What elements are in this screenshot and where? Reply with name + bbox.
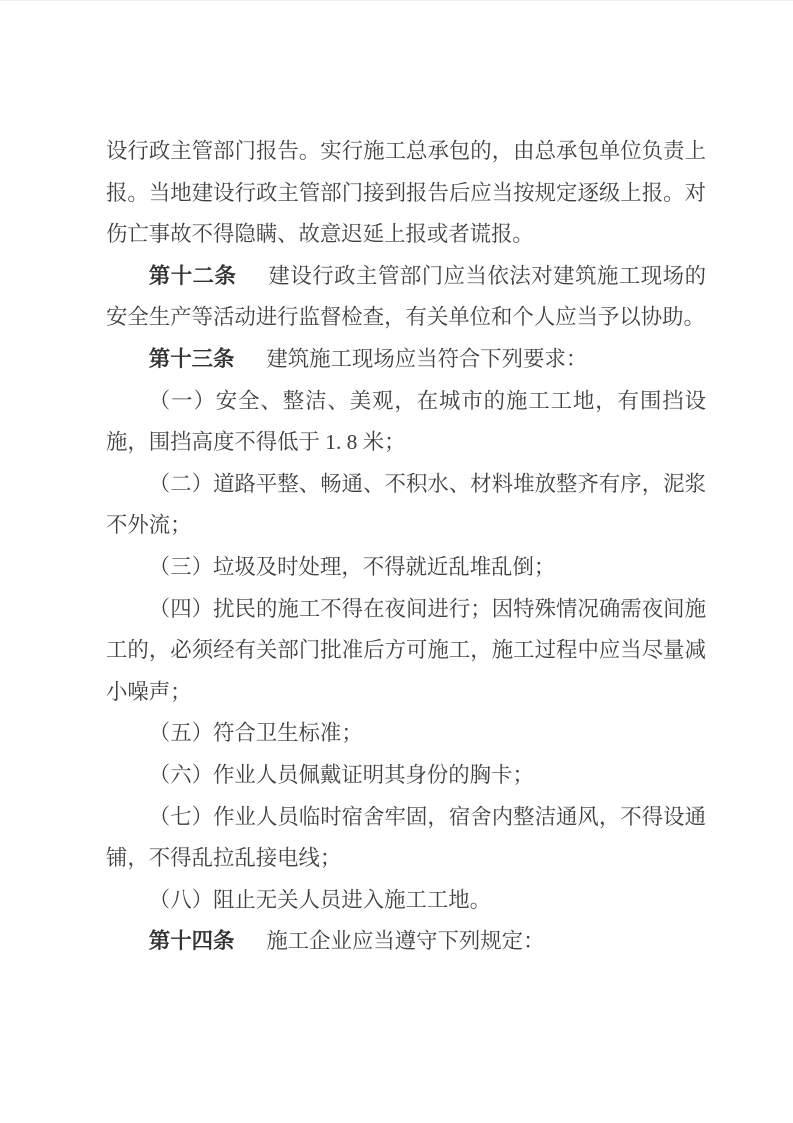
document-text-block: 设行政主管部门报告。实行施工总承包的，由总承包单位负责上报。当地建设行政主管部门… [106, 131, 706, 963]
article-paragraph: （五）符合卫生标准； [106, 713, 706, 755]
article-paragraph: （六）作业人员佩戴证明其身份的胸卡； [106, 755, 706, 797]
paragraph-text: （三）垃圾及时处理，不得就近乱堆乱倒； [149, 555, 555, 579]
paragraph-text: （五）符合卫生标准； [149, 721, 363, 745]
article-paragraph: （三）垃圾及时处理，不得就近乱堆乱倒； [106, 547, 706, 589]
paragraph-text: （八）阻止无关人员进入施工工地。 [149, 888, 491, 912]
paragraph-text: 施工企业应当遵守下列规定： [266, 929, 544, 953]
article-paragraph: 设行政主管部门报告。实行施工总承包的，由总承包单位负责上报。当地建设行政主管部门… [106, 131, 706, 256]
article-paragraph: 第十三条建筑施工现场应当符合下列要求： [106, 339, 706, 381]
paragraph-text: （二）道路平整、畅通、不积水、材料堆放整齐有序，泥浆不外流； [106, 472, 706, 538]
paragraph-text: （六）作业人员佩戴证明其身份的胸卡； [149, 763, 534, 787]
article-number: 第十三条 [149, 347, 235, 371]
article-paragraph: （二）道路平整、畅通、不积水、材料堆放整齐有序，泥浆不外流； [106, 464, 706, 547]
article-paragraph: 第十二条建设行政主管部门应当依法对建筑施工现场的安全生产等活动进行监督检查，有关… [106, 256, 706, 339]
paragraph-text: （七）作业人员临时宿舍牢固，宿舍内整洁通风，不得设通铺，不得乱拉乱接电线； [106, 805, 706, 871]
paragraph-text: 建筑施工现场应当符合下列要求： [266, 347, 587, 371]
article-paragraph: 第十四条施工企业应当遵守下列规定： [106, 921, 706, 963]
article-paragraph: （一）安全、整洁、美观，在城市的施工工地，有围挡设施，围挡高度不得低于 1. 8… [106, 381, 706, 464]
paragraph-text: 设行政主管部门报告。实行施工总承包的，由总承包单位负责上报。当地建设行政主管部门… [106, 139, 706, 246]
article-paragraph: （八）阻止无关人员进入施工工地。 [106, 880, 706, 922]
article-paragraph: （七）作业人员临时宿舍牢固，宿舍内整洁通风，不得设通铺，不得乱拉乱接电线； [106, 797, 706, 880]
paragraph-text: （四）扰民的施工不得在夜间进行；因特殊情况确需夜间施工的，必须经有关部门批准后方… [106, 597, 706, 704]
paragraph-text: （一）安全、整洁、美观，在城市的施工工地，有围挡设施，围挡高度不得低于 1. 8… [106, 389, 706, 455]
article-paragraph: （四）扰民的施工不得在夜间进行；因特殊情况确需夜间施工的，必须经有关部门批准后方… [106, 589, 706, 714]
article-number: 第十四条 [149, 929, 235, 953]
article-number: 第十二条 [149, 264, 237, 288]
document-page: 设行政主管部门报告。实行施工总承包的，由总承包单位负责上报。当地建设行政主管部门… [0, 0, 793, 1123]
